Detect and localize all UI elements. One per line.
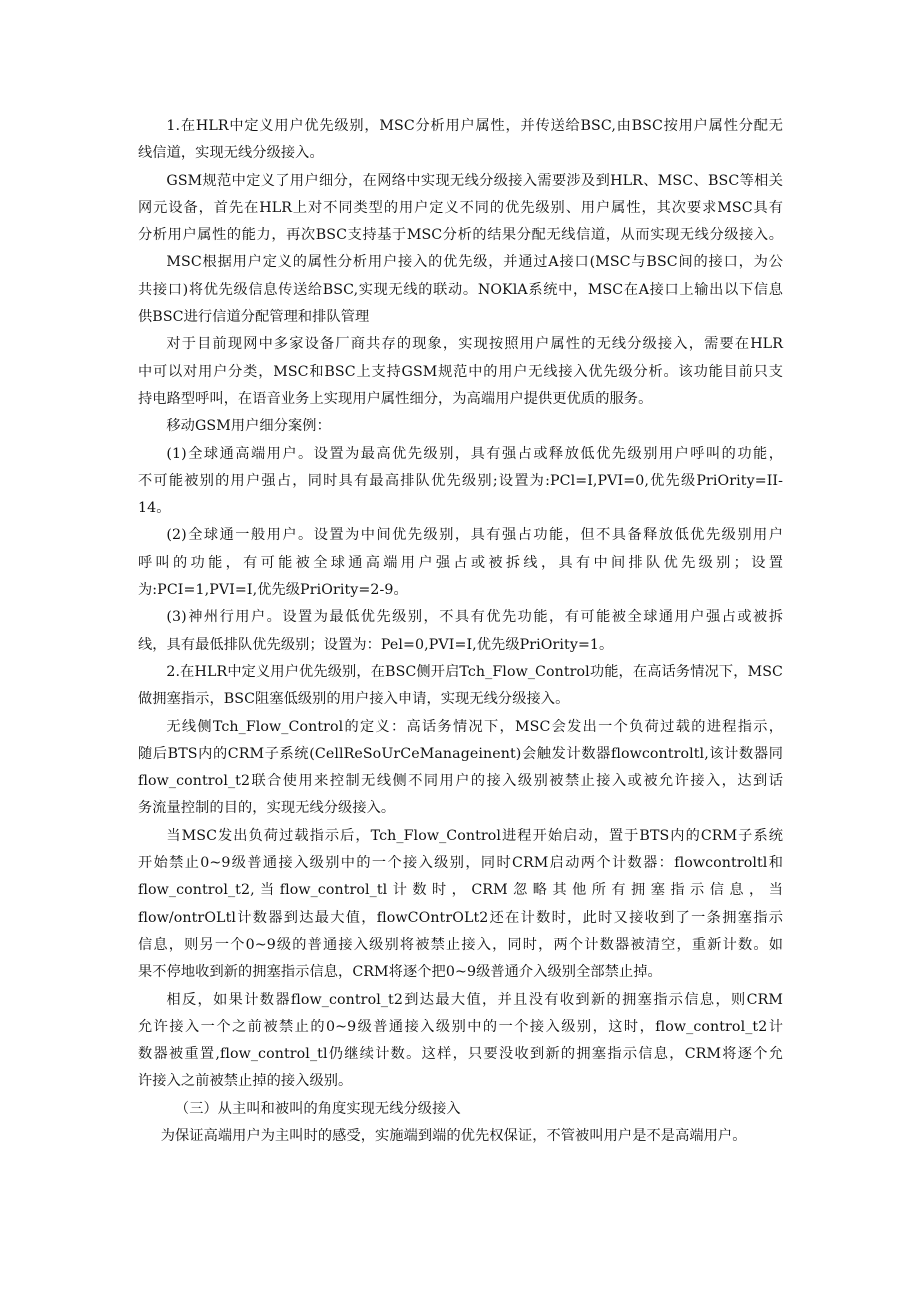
text-line: 许接入之前被禁止掉的接入级别。 [110,1068,783,1095]
paragraph-reverse-case: 相反，如果计数器flow_control_t2到达最大值，并且没有收到新的拥塞指… [138,987,783,1096]
text-line: 开始禁止0~9级普通接入级别中的一个接入级别，同时CRM启动两个计数器：flow… [110,850,783,877]
text-line: 允许接入一个之前被禁止的0~9级普通接入级别中的一个接入级别，这时，flow_c… [110,1014,783,1041]
text-line: 不可能被别的用户强占，同时具有最高排队优先级别;设置为:PCl=I,PVI=0,… [110,468,783,495]
text-line: 移动GSM用户细分案例： [138,413,783,440]
paragraph-overload-process: 当MSC发出负荷过载指示后，Tch_Flow_Control进程开始启动，置于B… [138,823,783,987]
paragraph-caller-priority: 为保证高端用户为主叫时的感受，实施端到端的优先权保证，不管被叫用户是不是高端用户… [138,1123,783,1150]
text-line: 持电路型呼叫，在语音业务上实现用户属性细分，为高端用户提供更优质的服务。 [110,386,783,413]
text-line: 为保证高端用户为主叫时的感受，实施端到端的优先权保证，不管被叫用户是不是高端用户… [138,1123,783,1150]
paragraph-msc-a-interface: MSC根据用户定义的属性分析用户接入的优先级，并通过A接口(MSC与BSC间的接… [138,249,783,331]
heading-text: （三）从主叫和被叫的角度实现无线分级接入 [138,1096,783,1123]
paragraph-multi-vendor: 对于目前现网中多家设备厂商共存的现象，实现按照用户属性的无线分级接入，需要在HL… [138,331,783,413]
text-line: (1)全球通高端用户。设置为最高优先级别，具有强占或释放低优先级别用户呼叫的功能… [138,441,783,468]
paragraph-gsm-spec: GSM规范中定义了用户细分，在网络中实现无线分级接入需要涉及到HLR、MSC、B… [138,168,783,250]
text-line: flow_control_t2联合使用来控制无线侧不同用户的接入级别被禁止接入或… [110,768,783,795]
text-line: 呼叫的功能，有可能被全球通高端用户强占或被拆线，具有中间排队优先级别；设置 [110,550,783,577]
paragraph-method-1: 1.在HLR中定义用户优先级别，MSC分析用户属性，并传送给BSC,由BSC按用… [138,113,783,168]
text-line: 务流量控制的目的，实现无线分级接入。 [110,795,783,822]
text-line: 随后BTS内的CRM子系统(CellReSoUrCeManageinent)会触… [110,741,783,768]
document-page: 1.在HLR中定义用户优先级别，MSC分析用户属性，并传送给BSC,由BSC按用… [138,113,783,1150]
text-line: 信息，则另一个0~9级的普通接入级别将被禁止接入，同时，两个计数器被清空，重新计… [110,932,783,959]
text-line: 相反，如果计数器flow_control_t2到达最大值，并且没有收到新的拥塞指… [138,987,783,1014]
text-line: 线信道，实现无线分级接入。 [138,140,783,167]
text-line: GSM规范中定义了用户细分，在网络中实现无线分级接入需要涉及到HLR、MSC、B… [138,168,783,195]
paragraph-case-1: (1)全球通高端用户。设置为最高优先级别，具有强占或释放低优先级别用户呼叫的功能… [138,441,783,523]
text-line: 对于目前现网中多家设备厂商共存的现象，实现按照用户属性的无线分级接入，需要在HL… [138,331,783,358]
paragraph-case-title: 移动GSM用户细分案例： [138,413,783,440]
text-line: 共接口)将优先级信息传送给BSC,实现无线的联动。NOKlA系统中，MSC在A接… [110,277,783,304]
paragraph-case-2: (2)全球通一般用户。设置为中间优先级别，具有强占功能，但不具备释放低优先级别用… [138,522,783,604]
section-heading-3: （三）从主叫和被叫的角度实现无线分级接入 [138,1096,783,1123]
text-line: 线，具有最低排队优先级别；设置为：Pel=0,PVI=I,优先级PriOrity… [110,632,783,659]
text-line: flow/ontrOLtl计数器到达最大值，flowCOntrOLt2还在计数时… [110,905,783,932]
text-line: 1.在HLR中定义用户优先级别，MSC分析用户属性，并传送给BSC,由BSC按用… [138,113,783,140]
text-line: 数器被重置,flow_control_tl仍继续计数。这样，只要没收到新的拥塞指… [110,1041,783,1068]
text-line: 无线侧Tch_Flow_Control的定义：高话务情况下，MSC会发出一个负荷… [138,714,783,741]
text-line: 中可以对用户分类，MSC和BSC上支持GSM规范中的用户无线接入优先级分析。该功… [110,359,783,386]
paragraph-tch-flow-definition: 无线侧Tch_Flow_Control的定义：高话务情况下，MSC会发出一个负荷… [138,714,783,823]
text-line: 分析用户属性的能力，再次BSC支持基于MSC分析的结果分配无线信道，从而实现无线… [110,222,783,249]
text-line: 为:PCI=1,PVI=I,优先级PriOrity=2-9。 [110,577,783,604]
paragraph-case-3: (3)神州行用户。设置为最低优先级别，不具有优先功能，有可能被全球通用户强占或被… [138,604,783,659]
paragraph-method-2: 2.在HLR中定义用户优先级别，在BSC侧开启Tch_Flow_Control功… [138,659,783,714]
text-line: 14。 [110,495,783,522]
text-line: 做拥塞指示，BSC阻塞低级别的用户接入申请，实现无线分级接入。 [110,686,783,713]
text-line: 果不停地收到新的拥塞指示信息，CRM将逐个把0~9级普通介入级别全部禁止掉。 [110,959,783,986]
text-line: (3)神州行用户。设置为最低优先级别，不具有优先功能，有可能被全球通用户强占或被… [138,604,783,631]
text-line: 供BSC进行信道分配管理和排队管理 [110,304,783,331]
text-line: 网元设备，首先在HLR上对不同类型的用户定义不同的优先级别、用户属性，其次要求M… [110,195,783,222]
text-line: MSC根据用户定义的属性分析用户接入的优先级，并通过A接口(MSC与BSC间的接… [138,249,783,276]
text-line: flow_control_t2,当flow_control_tl计数时，CRM忽… [110,877,783,904]
text-line: (2)全球通一般用户。设置为中间优先级别，具有强占功能，但不具备释放低优先级别用… [138,522,783,549]
text-line: 当MSC发出负荷过载指示后，Tch_Flow_Control进程开始启动，置于B… [138,823,783,850]
text-line: 2.在HLR中定义用户优先级别，在BSC侧开启Tch_Flow_Control功… [138,659,783,686]
